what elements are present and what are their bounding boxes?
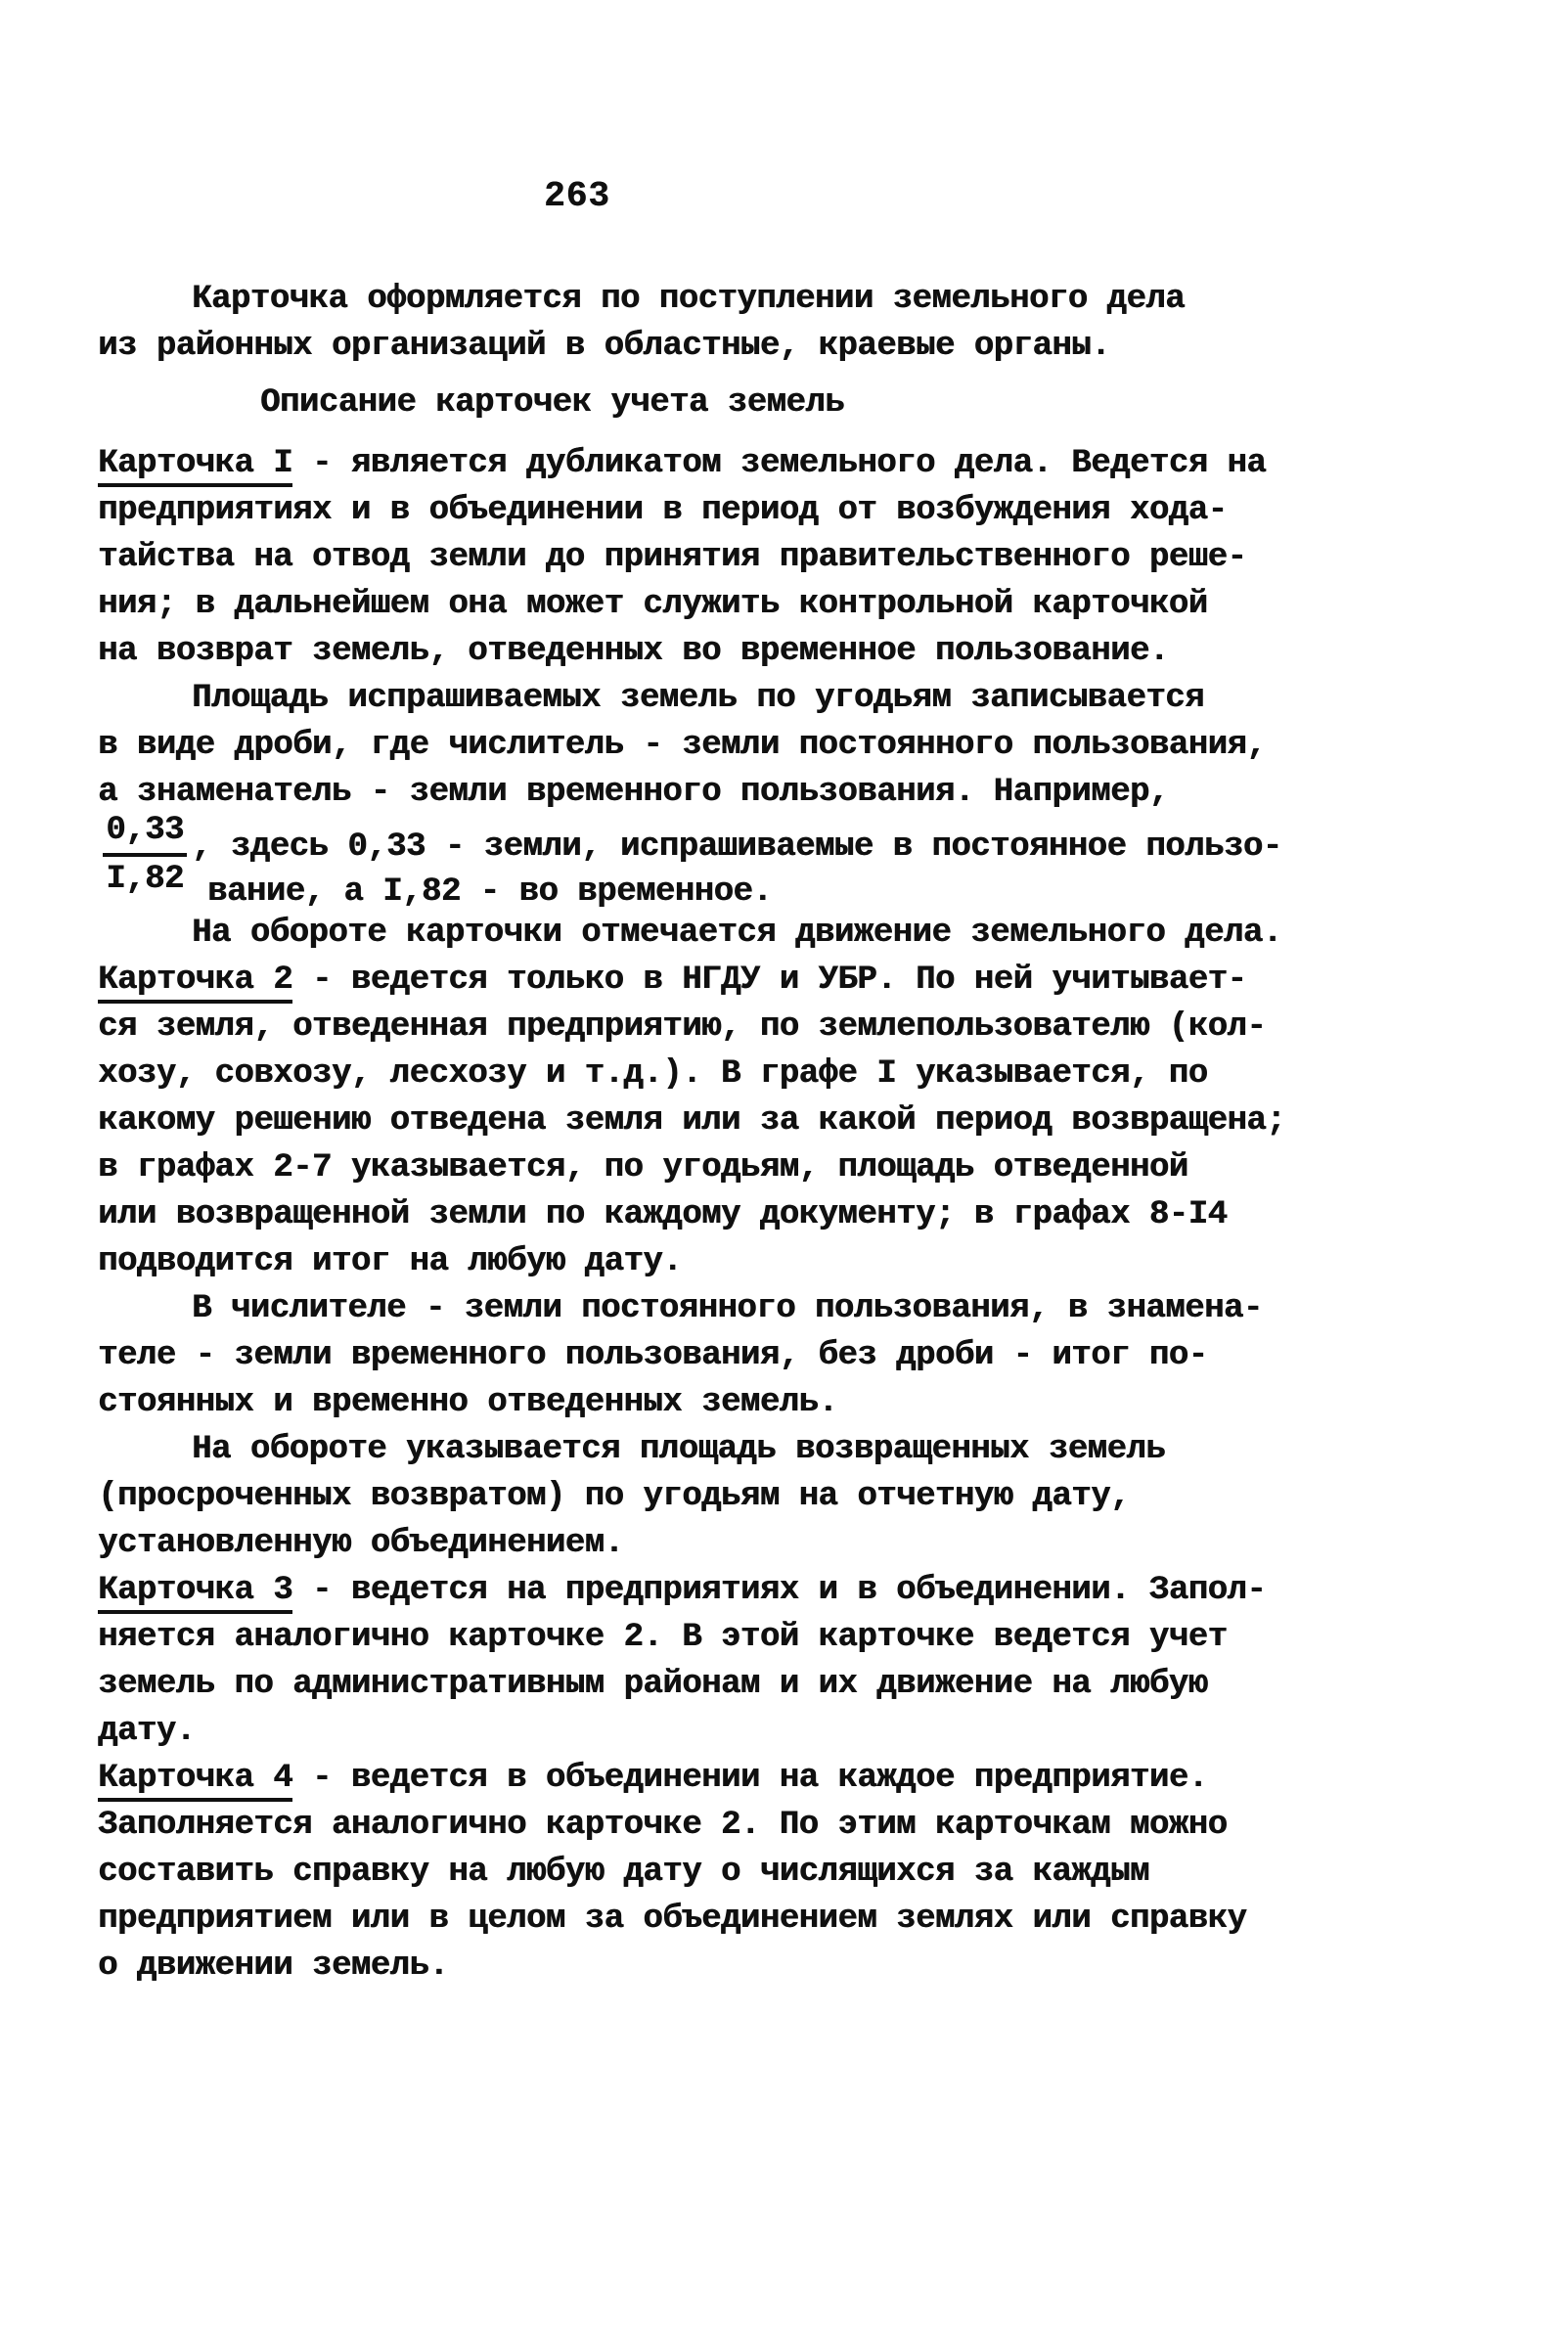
text-flow: Карточка оформляется по поступлении земе… (98, 276, 1428, 1990)
text-segment: В числителе - земли постоянного пользова… (192, 1290, 1263, 1327)
text-segment: (просроченных возвратом) по угодьям на о… (98, 1478, 1130, 1515)
text-segment: предприятием или в целом за объединением… (98, 1901, 1246, 1938)
text-line: Площадь испрашиваемых земель по угодьям … (98, 675, 1428, 722)
text-line: о движении земель. (98, 1943, 1428, 1990)
text-segment: Площадь испрашиваемых земель по угодьям … (192, 680, 1204, 717)
text-segment: какому решению отведена земля или за как… (98, 1102, 1285, 1140)
text-segment: в графах 2-7 указывается, по угодьям, пл… (98, 1149, 1188, 1186)
text-segment: тайства на отвод земли до принятия прави… (98, 539, 1246, 576)
text-segment: - является дубликатом земельного дела. В… (292, 445, 1266, 482)
fraction: 0,33I,82 (96, 808, 194, 902)
text-line: какому решению отведена земля или за как… (98, 1097, 1428, 1144)
text-segment: - ведется только в НГДУ и УБР. По ней уч… (292, 962, 1246, 999)
text-line: в виде дроби, где числитель - земли пост… (98, 722, 1428, 769)
text-line: предприятием или в целом за объединением… (98, 1896, 1428, 1943)
fraction-denominator: I,82 (96, 857, 194, 902)
text-line: няется аналогично карточке 2. В этой кар… (98, 1614, 1428, 1661)
text-line: на возврат земель, отведенных во временн… (98, 628, 1428, 675)
text-segment: - ведется в объединении на каждое предпр… (292, 1760, 1207, 1797)
text-segment: стоянных и временно отведенных земель. (98, 1384, 837, 1421)
text-line: На обороте карточки отмечается движение … (98, 910, 1428, 957)
text-segment: На обороте карточки отмечается движение … (192, 915, 1282, 952)
text-line: Карточка оформляется по поступлении земе… (98, 276, 1428, 323)
text-segment: из районных организаций в областные, кра… (98, 328, 1110, 365)
text-line: теле - земли временного пользования, без… (98, 1332, 1428, 1379)
page-number: 263 (544, 176, 610, 216)
text-line: Карточка 2 - ведется только в НГДУ и УБР… (98, 957, 1428, 1004)
card-label-underlined: Карточка 2 (98, 962, 292, 1004)
text-segment: няется аналогично карточке 2. В этой кар… (98, 1619, 1227, 1656)
text-segment: ся земля, отведенная предприятию, по зем… (98, 1008, 1266, 1046)
text-segment: а знаменатель - земли временного пользов… (98, 774, 1169, 811)
text-segment: в виде дроби, где числитель - земли пост… (98, 727, 1266, 764)
text-segment: подводится итог на любую дату. (98, 1243, 682, 1280)
text-line: составить справку на любую дату о числящ… (98, 1849, 1428, 1896)
text-line: Карточка I - является дубликатом земельн… (98, 440, 1428, 487)
text-line: тайства на отвод земли до принятия прави… (98, 534, 1428, 581)
text-line: хозу, совхозу, лесхозу и т.д.). В графе … (98, 1051, 1428, 1097)
card-label-underlined: Карточка I (98, 445, 292, 487)
text-line: На обороте указывается площадь возвращен… (98, 1426, 1428, 1473)
card-label-underlined: Карточка 3 (98, 1572, 292, 1614)
text-segment: земель по административным районам и их … (98, 1666, 1208, 1703)
text-line: В числителе - земли постоянного пользова… (98, 1285, 1428, 1332)
text-segment: о движении земель. (98, 1947, 448, 1985)
text-line: подводится итог на любую дату. (98, 1238, 1428, 1285)
text-segment: хозу, совхозу, лесхозу и т.д.). В графе … (98, 1055, 1208, 1093)
card-label-underlined: Карточка 4 (98, 1760, 292, 1802)
text-line: дату. (98, 1708, 1428, 1755)
text-segment: на возврат земель, отведенных во временн… (98, 633, 1169, 670)
text-line: ся земля, отведенная предприятию, по зем… (98, 1004, 1428, 1051)
text-segment: На обороте указывается площадь возвращен… (192, 1431, 1165, 1468)
text-line: установленную объединением. (98, 1520, 1428, 1567)
text-line: Заполняется аналогично карточке 2. По эт… (98, 1802, 1428, 1849)
text-line: вание, а I,82 - во временное. (207, 869, 772, 916)
text-line: Карточка 3 - ведется на предприятиях и в… (98, 1567, 1428, 1614)
text-line: стоянных и временно отведенных земель. (98, 1379, 1428, 1426)
text-line: предприятиях и в объединении в период от… (98, 487, 1428, 534)
text-line: земель по административным районам и их … (98, 1661, 1428, 1708)
text-segment: составить справку на любую дату о числящ… (98, 1854, 1149, 1891)
text-line: из районных организаций в областные, кра… (98, 323, 1428, 370)
text-segment: Описание карточек учета земель (260, 384, 844, 422)
text-segment: дату. (98, 1713, 196, 1750)
section-heading: Описание карточек учета земель (98, 380, 1428, 426)
text-line: или возвращенной земли по каждому докуме… (98, 1191, 1428, 1238)
text-line: (просроченных возвратом) по угодьям на о… (98, 1473, 1428, 1520)
fraction-numerator: 0,33 (103, 808, 187, 857)
document-page: 263 Карточка оформляется по поступлении … (0, 0, 1568, 2328)
text-segment: теле - земли временного пользования, без… (98, 1337, 1208, 1374)
text-segment: Карточка оформляется по поступлении земе… (192, 281, 1185, 318)
text-line: в графах 2-7 указывается, по угодьям, пл… (98, 1144, 1428, 1191)
text-segment: предприятиях и в объединении в период от… (98, 492, 1227, 529)
text-line: Карточка 4 - ведется в объединении на ка… (98, 1755, 1428, 1802)
text-segment: Заполняется аналогично карточке 2. По эт… (98, 1807, 1227, 1844)
fraction-example: 0,33I,82, здесь 0,33 - земли, испрашивае… (98, 816, 1428, 910)
text-segment: - ведется на предприятиях и в объединени… (292, 1572, 1266, 1609)
text-line: ния; в дальнейшем она может служить конт… (98, 581, 1428, 628)
text-segment: установленную объединением. (98, 1525, 623, 1562)
text-line: а знаменатель - земли временного пользов… (98, 769, 1428, 816)
text-segment: ния; в дальнейшем она может служить конт… (98, 586, 1208, 623)
text-segment: или возвращенной земли по каждому докуме… (98, 1196, 1227, 1233)
text-line: , здесь 0,33 - земли, испрашиваемые в по… (192, 824, 1282, 871)
